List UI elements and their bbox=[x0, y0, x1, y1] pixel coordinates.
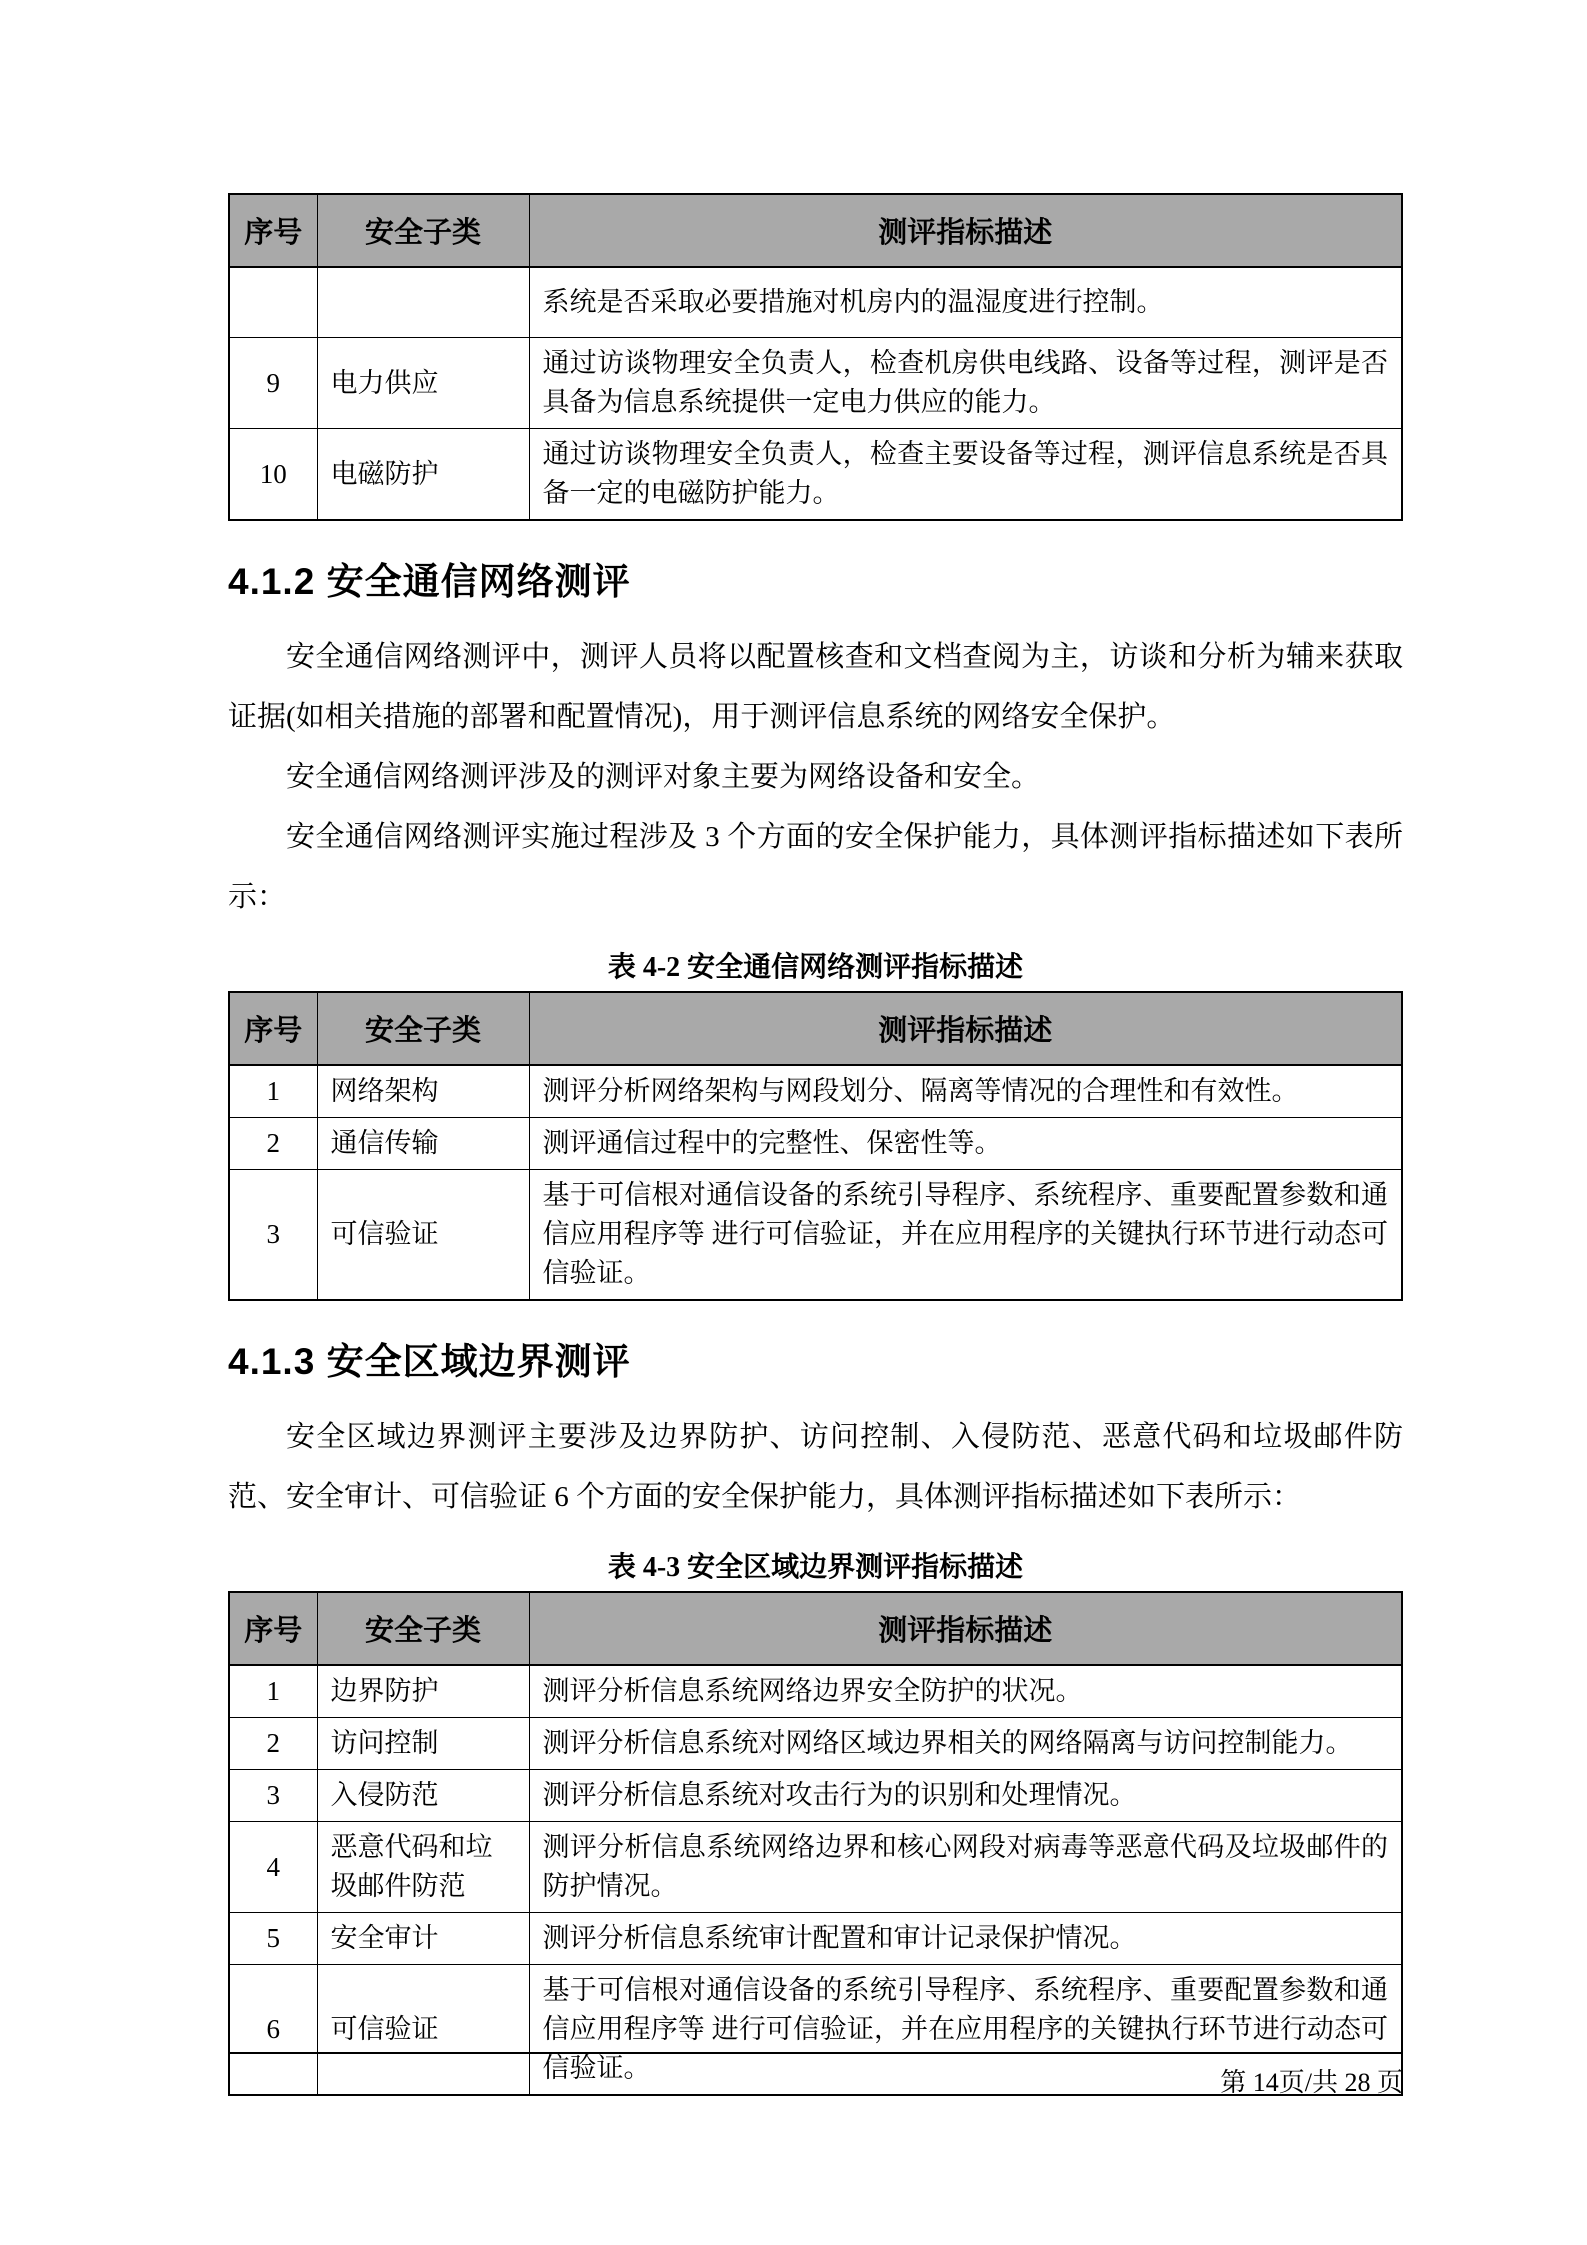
cell-desc: 测评分析网络架构与网段划分、隔离等情况的合理性和有效性。 bbox=[529, 1065, 1402, 1118]
paragraph: 安全通信网络测评涉及的测评对象主要为网络设备和安全。 bbox=[228, 747, 1403, 807]
cell-no: 3 bbox=[229, 1170, 317, 1301]
cell-subclass: 边界防护 bbox=[317, 1665, 529, 1718]
cell-subclass: 电力供应 bbox=[317, 338, 529, 429]
page-content: 序号 安全子类 测评指标描述 系统是否采取必要措施对机房内的温湿度进行控制。 9… bbox=[228, 0, 1403, 2096]
section-heading-4-1-3: 4.1.3 安全区域边界测评 bbox=[228, 1331, 1403, 1385]
cell-no: 5 bbox=[229, 1913, 317, 1965]
column-header-subclass: 安全子类 bbox=[317, 194, 529, 267]
column-header-desc: 测评指标描述 bbox=[529, 1592, 1402, 1665]
cell-subclass: 访问控制 bbox=[317, 1718, 529, 1770]
cell-no: 2 bbox=[229, 1718, 317, 1770]
cell-subclass: 可信验证 bbox=[317, 1170, 529, 1301]
column-header-desc: 测评指标描述 bbox=[529, 992, 1402, 1065]
table-row: 5 安全审计 测评分析信息系统审计配置和审计记录保护情况。 bbox=[229, 1913, 1402, 1965]
column-header-subclass: 安全子类 bbox=[317, 1592, 529, 1665]
cell-no: 1 bbox=[229, 1065, 317, 1118]
table-row: 10 电磁防护 通过访谈物理安全负责人，检查主要设备等过程，测评信息系统是否具备… bbox=[229, 429, 1402, 521]
cell-subclass: 电磁防护 bbox=[317, 429, 529, 521]
cell-no: 2 bbox=[229, 1118, 317, 1170]
table-row: 1 边界防护 测评分析信息系统网络边界安全防护的状况。 bbox=[229, 1665, 1402, 1718]
cell-subclass: 入侵防范 bbox=[317, 1770, 529, 1822]
cell-subclass bbox=[317, 267, 529, 338]
column-header-no: 序号 bbox=[229, 992, 317, 1065]
cell-no bbox=[229, 267, 317, 338]
cell-desc: 测评分析信息系统审计配置和审计记录保护情况。 bbox=[529, 1913, 1402, 1965]
cell-subclass: 安全审计 bbox=[317, 1913, 529, 1965]
paragraph: 安全通信网络测评中，测评人员将以配置核查和文档查阅为主，访谈和分析为辅来获取证据… bbox=[228, 627, 1403, 747]
cell-desc: 基于可信根对通信设备的系统引导程序、系统程序、重要配置参数和通信应用程序等 进行… bbox=[529, 1170, 1402, 1301]
table-4-1-continued: 序号 安全子类 测评指标描述 系统是否采取必要措施对机房内的温湿度进行控制。 9… bbox=[228, 193, 1403, 521]
paragraph: 安全通信网络测评实施过程涉及 3 个方面的安全保护能力，具体测评指标描述如下表所… bbox=[228, 807, 1403, 927]
cell-no: 3 bbox=[229, 1770, 317, 1822]
cell-no: 4 bbox=[229, 1822, 317, 1913]
cell-desc: 测评通信过程中的完整性、保密性等。 bbox=[529, 1118, 1402, 1170]
table-row: 4 恶意代码和垃圾邮件防范 测评分析信息系统网络边界和核心网段对病毒等恶意代码及… bbox=[229, 1822, 1402, 1913]
table-4-3-caption: 表 4-3 安全区域边界测评指标描述 bbox=[228, 1545, 1403, 1585]
page-footer: 第 14页/共 28 页 bbox=[228, 2052, 1403, 2099]
cell-no: 9 bbox=[229, 338, 317, 429]
table-4-2-caption: 表 4-2 安全通信网络测评指标描述 bbox=[228, 945, 1403, 985]
table-row: 1 网络架构 测评分析网络架构与网段划分、隔离等情况的合理性和有效性。 bbox=[229, 1065, 1402, 1118]
cell-subclass: 网络架构 bbox=[317, 1065, 529, 1118]
cell-desc: 系统是否采取必要措施对机房内的温湿度进行控制。 bbox=[529, 267, 1402, 338]
column-header-no: 序号 bbox=[229, 194, 317, 267]
table-row: 9 电力供应 通过访谈物理安全负责人，检查机房供电线路、设备等过程，测评是否具备… bbox=[229, 338, 1402, 429]
table-header-row: 序号 安全子类 测评指标描述 bbox=[229, 1592, 1402, 1665]
table-row: 3 入侵防范 测评分析信息系统对攻击行为的识别和处理情况。 bbox=[229, 1770, 1402, 1822]
cell-desc: 通过访谈物理安全负责人，检查机房供电线路、设备等过程，测评是否具备为信息系统提供… bbox=[529, 338, 1402, 429]
cell-no: 1 bbox=[229, 1665, 317, 1718]
cell-subclass: 恶意代码和垃圾邮件防范 bbox=[317, 1822, 529, 1913]
table-4-3: 序号 安全子类 测评指标描述 1 边界防护 测评分析信息系统网络边界安全防护的状… bbox=[228, 1591, 1403, 2096]
cell-desc: 测评分析信息系统网络边界安全防护的状况。 bbox=[529, 1665, 1402, 1718]
table-4-2: 序号 安全子类 测评指标描述 1 网络架构 测评分析网络架构与网段划分、隔离等情… bbox=[228, 991, 1403, 1301]
column-header-desc: 测评指标描述 bbox=[529, 194, 1402, 267]
table-row: 2 访问控制 测评分析信息系统对网络区域边界相关的网络隔离与访问控制能力。 bbox=[229, 1718, 1402, 1770]
table-row: 2 通信传输 测评通信过程中的完整性、保密性等。 bbox=[229, 1118, 1402, 1170]
cell-subclass: 通信传输 bbox=[317, 1118, 529, 1170]
column-header-subclass: 安全子类 bbox=[317, 992, 529, 1065]
cell-desc: 测评分析信息系统网络边界和核心网段对病毒等恶意代码及垃圾邮件的防护情况。 bbox=[529, 1822, 1402, 1913]
section-heading-4-1-2: 4.1.2 安全通信网络测评 bbox=[228, 551, 1403, 605]
paragraph: 安全区域边界测评主要涉及边界防护、访问控制、入侵防范、恶意代码和垃圾邮件防范、安… bbox=[228, 1407, 1403, 1527]
column-header-no: 序号 bbox=[229, 1592, 317, 1665]
cell-no: 10 bbox=[229, 429, 317, 521]
table-row: 系统是否采取必要措施对机房内的温湿度进行控制。 bbox=[229, 267, 1402, 338]
document-page: 序号 安全子类 测评指标描述 系统是否采取必要措施对机房内的温湿度进行控制。 9… bbox=[0, 0, 1587, 2245]
cell-desc: 测评分析信息系统对网络区域边界相关的网络隔离与访问控制能力。 bbox=[529, 1718, 1402, 1770]
table-row: 3 可信验证 基于可信根对通信设备的系统引导程序、系统程序、重要配置参数和通信应… bbox=[229, 1170, 1402, 1301]
cell-desc: 通过访谈物理安全负责人，检查主要设备等过程，测评信息系统是否具备一定的电磁防护能… bbox=[529, 429, 1402, 521]
table-header-row: 序号 安全子类 测评指标描述 bbox=[229, 194, 1402, 267]
table-header-row: 序号 安全子类 测评指标描述 bbox=[229, 992, 1402, 1065]
page-number: 第 14页/共 28 页 bbox=[228, 2054, 1403, 2099]
cell-desc: 测评分析信息系统对攻击行为的识别和处理情况。 bbox=[529, 1770, 1402, 1822]
